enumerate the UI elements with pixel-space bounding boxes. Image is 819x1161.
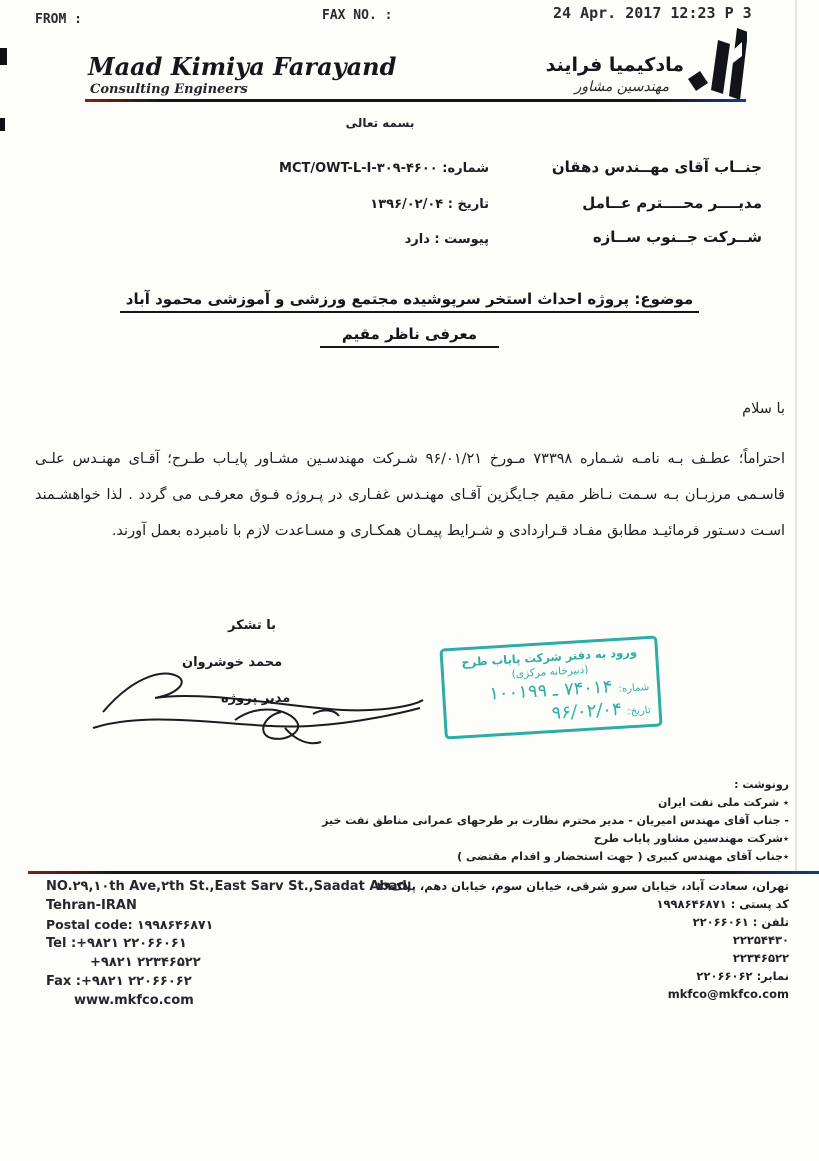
footer-tel-fa-2: ۲۲۲۵۴۴۳۰	[377, 931, 789, 949]
signature-thanks: با تشکر	[228, 618, 276, 633]
footer-english: NO.۲۹,۱۰th Ave,۲th St.,East Sarv St.,Saa…	[46, 879, 412, 1012]
subject-line-wrap: موضوع: پروژه احداث استخر سرپوشیده مجتمع …	[0, 289, 819, 313]
footer-tel-fa-1: تلفن : ۲۲۰۶۶۰۶۱	[377, 913, 789, 931]
scan-edge-mark	[0, 118, 5, 131]
stamp-date-label: تاریخ:	[627, 705, 651, 717]
footer-address-en-2: Tehran-IRAN	[46, 898, 412, 913]
footer-address-en-1: NO.۲۹,۱۰th Ave,۲th St.,East Sarv St.,Saa…	[46, 879, 412, 894]
recipient-name: جنــاب آقای مهــندس دهقان	[552, 158, 762, 176]
subject-line-1: موضوع: پروژه احداث استخر سرپوشیده مجتمع …	[120, 290, 699, 313]
subject-line2-wrap: معرفی ناظر مقیم	[0, 324, 819, 348]
footer-fax-fa: نمابر: ۲۲۰۶۶۰۶۲	[377, 967, 789, 985]
company-name-english: Maad Kimiya Farayand	[88, 52, 396, 81]
footer-tel-fa-3: ۲۲۳۴۶۵۲۲	[377, 949, 789, 967]
company-subtitle-farsi: مهندسین مشاور	[575, 79, 669, 95]
letterhead-divider	[85, 99, 746, 102]
recipient-title: مدیــــر محــــترم عــامل	[582, 194, 762, 212]
footer-address-fa: تهران، سعادت آباد، خیابان سرو شرقی، خیاب…	[377, 877, 789, 895]
stamp-number-label: شماره:	[618, 682, 649, 695]
recipient-company: شــرکت جــنوب ســازه	[593, 228, 762, 246]
company-name-farsi: مادکیمیا فرایند	[546, 54, 684, 76]
body-paragraph: احتراماً؛ عطـف بـه نامـه شـماره ۷۳۳۹۸ مـ…	[35, 441, 785, 549]
footer-postal-en: Postal code: ۱۹۹۸۶۴۶۸۷۱	[46, 917, 412, 932]
stamp-date-value: ۹۶/۰۲/۰۴	[551, 699, 621, 724]
fax-from-label: FROM :	[35, 12, 82, 27]
footer-postal-fa: کد پستی : ۱۹۹۸۶۴۶۸۷۱	[377, 895, 789, 913]
subject-line-2: معرفی ناظر مقیم	[320, 325, 499, 348]
cc-title: رونوشت :	[322, 776, 789, 794]
footer-divider	[28, 871, 819, 874]
handwritten-signature	[85, 650, 430, 750]
salutation: با سلام	[35, 392, 785, 426]
footer-email: mkfco@mkfco.com	[377, 985, 789, 1003]
cc-item: ٭شرکت مهندسین مشاور پایاب طرح	[322, 830, 789, 848]
scan-streak-artifact	[795, 0, 797, 872]
footer-tel-en-1: Tel :+۹۸۲۱ ۲۲۰۶۶۰۶۱	[46, 936, 412, 951]
office-entry-stamp: ورود به دفتر شرکت پایاب طرح (دبیرخانه مر…	[439, 635, 662, 739]
cc-item: ٭ شرکت ملی نفت ایران	[322, 794, 789, 812]
fax-datetime: 24 Apr. 2017 12:23 P 3	[553, 4, 752, 22]
letter-attachment: پیوست : دارد	[405, 232, 489, 247]
scan-edge-mark	[0, 48, 7, 65]
fax-letter-page: FROM : FAX NO. : 24 Apr. 2017 12:23 P 3 …	[0, 0, 819, 1161]
fax-number-label: FAX NO. :	[322, 8, 392, 23]
letter-number: شماره: ۴۶۰۰-MCT/OWT-L-I-۳۰۹	[279, 161, 489, 176]
letter-date: تاریخ : ۱۳۹۶/۰۲/۰۴	[370, 197, 489, 212]
footer-fax-en: Fax :+۹۸۲۱ ۲۲۰۶۶۰۶۲	[46, 974, 412, 989]
footer-farsi: تهران، سعادت آباد، خیابان سرو شرقی، خیاب…	[377, 877, 789, 1003]
cc-item: - جناب آقای مهندس امیریان - مدیر محترم ن…	[322, 812, 789, 830]
bismillah-text: بسمه تعالی	[300, 116, 460, 130]
footer-website: www.mkfco.com	[46, 993, 412, 1008]
company-subtitle-english: Consulting Engineers	[90, 82, 248, 97]
company-logo-mark	[687, 24, 747, 102]
cc-block: رونوشت : ٭ شرکت ملی نفت ایران - جناب آقا…	[322, 776, 789, 866]
footer-tel-en-2: +۹۸۲۱ ۲۲۳۴۶۵۲۲	[46, 955, 412, 970]
letter-body: با سلام احتراماً؛ عطـف بـه نامـه شـماره …	[35, 392, 785, 563]
cc-item: ٭جناب آقای مهندس کبیری ( جهت استحضار و ا…	[322, 848, 789, 866]
